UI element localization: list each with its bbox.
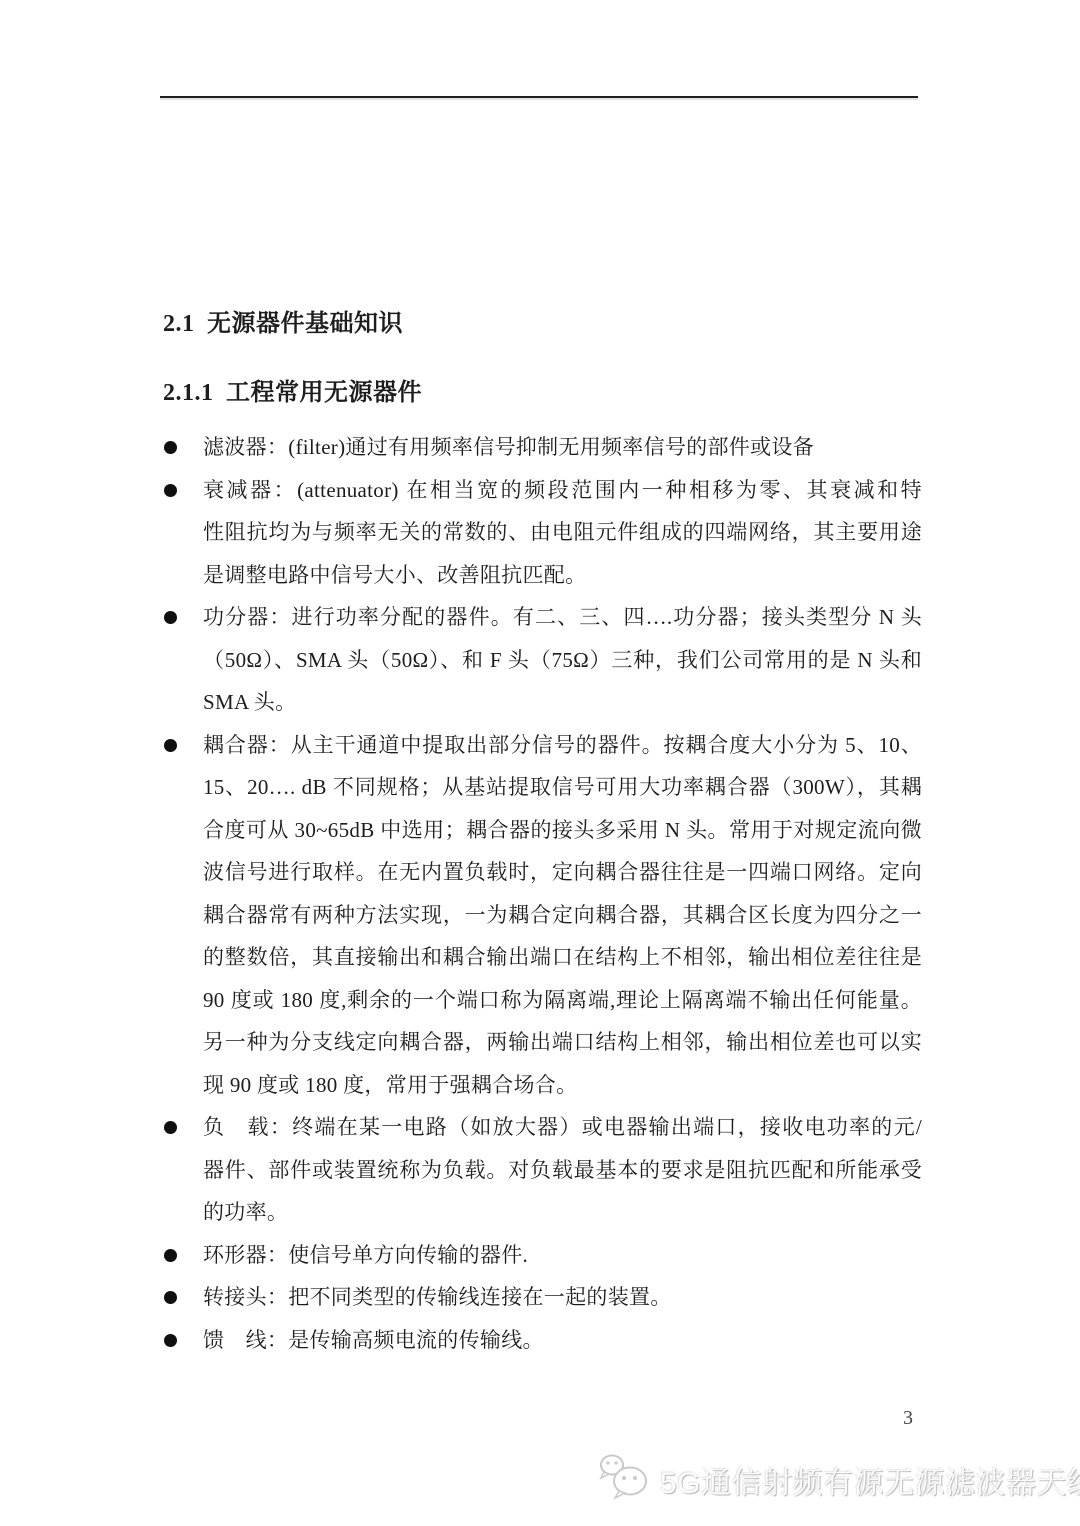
list-item: 环形器：使信号单方向传输的器件. [164, 1234, 922, 1277]
text-line: 是调整电路中信号大小、改善阻抗匹配。 [203, 554, 922, 597]
bullet-icon [164, 441, 177, 454]
text-line: 另一种为分支线定向耦合器，两输出端口结构上相邻，输出相位差也可以实 [203, 1021, 922, 1064]
text-line: 负 载：终端在某一电路（如放大器）或电器输出端口，接收电功率的元/ [203, 1106, 922, 1149]
header-rule [160, 96, 918, 98]
bullet-list: 滤波器：(filter)通过有用频率信号抑制无用频率信号的部件或设备衰减器：(a… [164, 426, 922, 1361]
text-line: 功分器：进行功率分配的器件。有二、三、四….功分器；接头类型分 N 头 [203, 596, 922, 639]
text-line: SMA 头。 [203, 681, 922, 724]
bullet-icon [164, 1334, 177, 1347]
list-item: 负 载：终端在某一电路（如放大器）或电器输出端口，接收电功率的元/器件、部件或装… [164, 1106, 922, 1234]
list-item: 功分器：进行功率分配的器件。有二、三、四….功分器；接头类型分 N 头（50Ω）… [164, 596, 922, 724]
page-number: 3 [903, 1407, 913, 1430]
bullet-icon [164, 611, 177, 624]
text-line: 滤波器：(filter)通过有用频率信号抑制无用频率信号的部件或设备 [203, 426, 922, 469]
text-line: 合度可从 30~65dB 中选用；耦合器的接头多采用 N 头。常用于对规定流向微 [203, 809, 922, 852]
section-heading: 2.1 无源器件基础知识 [163, 303, 403, 338]
bullet-icon [164, 484, 177, 497]
text-line: 的功率。 [203, 1191, 922, 1234]
bullet-icon [164, 1249, 177, 1262]
bullet-icon [164, 1291, 177, 1304]
list-item: 滤波器：(filter)通过有用频率信号抑制无用频率信号的部件或设备 [164, 426, 922, 469]
text-line: 现 90 度或 180 度，常用于强耦合场合。 [203, 1064, 922, 1107]
text-line: 衰减器：(attenuator) 在相当宽的频段范围内一种相移为零、其衰减和特 [203, 469, 922, 512]
list-item: 衰减器：(attenuator) 在相当宽的频段范围内一种相移为零、其衰减和特性… [164, 469, 922, 597]
text-line: 90 度或 180 度,剩余的一个端口称为隔离端,理论上隔离端不输出任何能量。 [203, 979, 922, 1022]
text-line: 波信号进行取样。在无内置负载时，定向耦合器往往是一四端口网络。定向 [203, 851, 922, 894]
text-line: 馈 线：是传输高频电流的传输线。 [203, 1319, 922, 1362]
list-item: 馈 线：是传输高频电流的传输线。 [164, 1319, 922, 1362]
watermark-text: 5G通信射频有源无源滤波器天线 [660, 1458, 1080, 1502]
text-line: 性阻抗均为与频率无关的常数的、由电阻元件组成的四端网络，其主要用途 [203, 511, 922, 554]
list-item: 耦合器：从主干通道中提取出部分信号的器件。按耦合度大小分为 5、10、15、20… [164, 724, 922, 1107]
text-line: 器件、部件或装置统称为负载。对负载最基本的要求是阻抗匹配和所能承受 [203, 1149, 922, 1192]
list-item: 转接头：把不同类型的传输线连接在一起的装置。 [164, 1276, 922, 1319]
text-line: 耦合器：从主干通道中提取出部分信号的器件。按耦合度大小分为 5、10、 [203, 724, 922, 767]
document-page: 2.1 无源器件基础知识 2.1.1 工程常用无源器件 滤波器：(filter)… [0, 0, 1080, 1526]
bullet-icon [164, 739, 177, 752]
text-line: 15、20…. dB 不同规格；从基站提取信号可用大功率耦合器（300W），其耦 [203, 766, 922, 809]
text-line: 转接头：把不同类型的传输线连接在一起的装置。 [203, 1276, 922, 1319]
wechat-logo-icon [597, 1452, 653, 1507]
text-line: 的整数倍，其直接输出和耦合输出端口在结构上不相邻，输出相位差往往是 [203, 936, 922, 979]
text-line: （50Ω）、SMA 头（50Ω）、和 F 头（75Ω）三种，我们公司常用的是 N… [203, 639, 922, 682]
text-line: 耦合器常有两种方法实现，一为耦合定向耦合器，其耦合区长度为四分之一 [203, 894, 922, 937]
subsection-heading: 2.1.1 工程常用无源器件 [163, 372, 422, 407]
text-line: 环形器：使信号单方向传输的器件. [203, 1234, 922, 1277]
watermark: 5G通信射频有源无源滤波器天线 [597, 1452, 1080, 1507]
bullet-icon [164, 1121, 177, 1134]
